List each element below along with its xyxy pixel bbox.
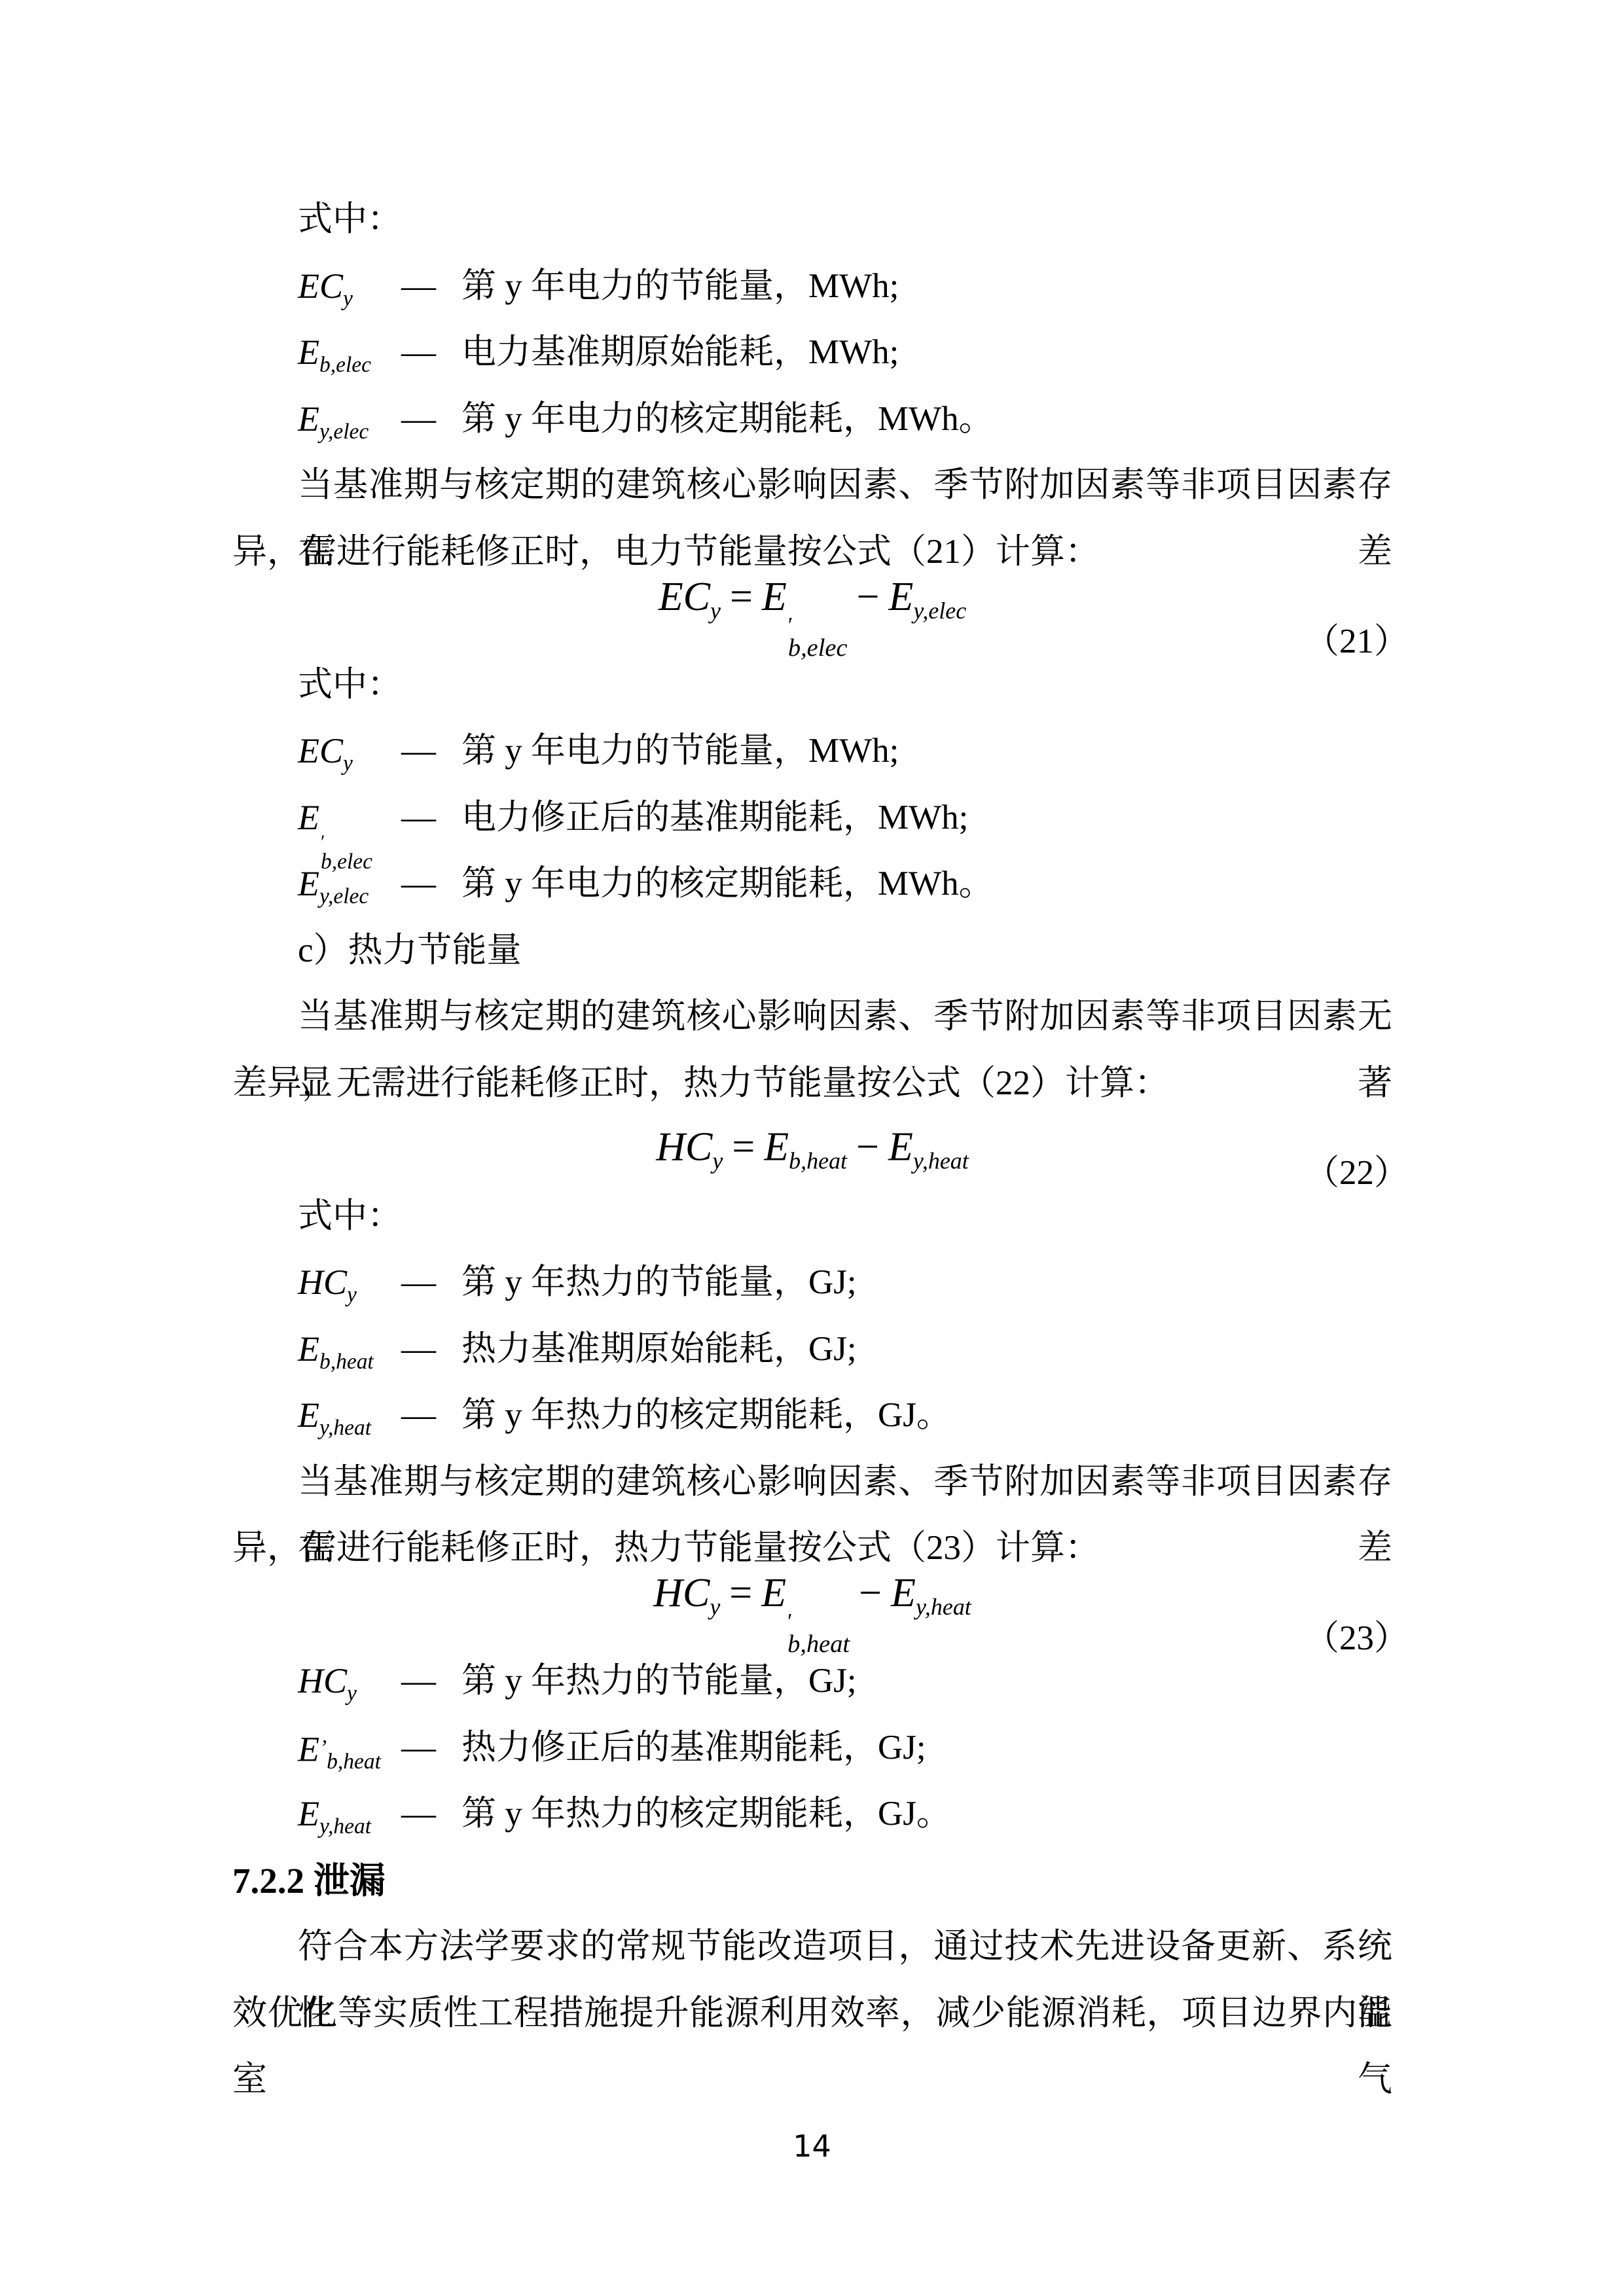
symbol: Ey,heat xyxy=(298,1781,401,1848)
section-heading: 7.2.2 泄漏 xyxy=(232,1848,1392,1914)
where-label: 式中： xyxy=(232,652,1392,719)
formula-22: HCy=Eb,heat−Ey,heat （22） xyxy=(232,1117,1392,1183)
definition-row: HCy — 第 y 年热力的节能量，GJ; xyxy=(232,1249,1392,1316)
definition-row: E′b,elec — 电力修正后的基准期能耗，MWh; xyxy=(232,785,1392,852)
where-label: 式中： xyxy=(232,1183,1392,1250)
document-page: 式中： ECy — 第 y 年电力的节能量，MWh; Eb,elec — 电力基… xyxy=(0,0,1624,2296)
formula-23: HCy=E′b,heat−Ey,heat （23） xyxy=(232,1582,1392,1649)
definition-row: Ey,elec — 第 y 年电力的核定期能耗，MWh。 xyxy=(232,386,1392,453)
where-label: 式中： xyxy=(232,187,1392,253)
definition-dash: — xyxy=(401,1316,461,1383)
equation-number-22: （22） xyxy=(1305,1156,1409,1191)
definition-dash: — xyxy=(401,718,461,785)
equation-number-21: （21） xyxy=(1305,624,1409,659)
symbol: HCy xyxy=(298,1648,401,1715)
symbol: ECy xyxy=(298,253,401,320)
formula-22-equation: HCy=Eb,heat−Ey,heat xyxy=(232,1126,1392,1173)
definition-row: HCy — 第 y 年热力的节能量，GJ; xyxy=(232,1648,1392,1715)
definition-row: Ey,elec — 第 y 年电力的核定期能耗，MWh。 xyxy=(232,851,1392,918)
definition-dash: — xyxy=(401,1781,461,1848)
symbol: Eb,elec xyxy=(298,319,401,386)
definition-row: Ey,heat — 第 y 年热力的核定期能耗，GJ。 xyxy=(232,1781,1392,1848)
symbol: Eb,heat xyxy=(298,1316,401,1383)
definition-text: 第 y 年电力的核定期能耗，MWh。 xyxy=(461,851,1392,918)
definition-dash: — xyxy=(401,386,461,453)
definition-dash: — xyxy=(401,253,461,320)
symbol: Ey,elec xyxy=(298,851,401,918)
definition-dash: — xyxy=(401,319,461,386)
definition-text: 第 y 年热力的核定期能耗，GJ。 xyxy=(461,1781,1392,1848)
definition-text: 电力修正后的基准期能耗，MWh; xyxy=(461,785,1392,852)
definition-text: 第 y 年热力的节能量，GJ; xyxy=(461,1249,1392,1316)
definition-dash: — xyxy=(401,851,461,918)
definition-dash: — xyxy=(401,1715,461,1782)
definition-row: ECy — 第 y 年电力的节能量，MWh; xyxy=(232,253,1392,320)
definition-text: 电力基准期原始能耗，MWh; xyxy=(461,319,1392,386)
page-number: 14 xyxy=(0,2128,1624,2164)
paragraph-line: 当基准期与核定期的建筑核心影响因素、季节附加因素等非项目因素存在差 xyxy=(232,1449,1392,1516)
paragraph-line: 符合本方法学要求的常规节能改造项目，通过技术先进设备更新、系统性能 xyxy=(232,1914,1392,1981)
definition-text: 第 y 年电力的节能量，MWh; xyxy=(461,253,1392,320)
definition-dash: — xyxy=(401,1648,461,1715)
definition-row: Eb,heat — 热力基准期原始能耗，GJ; xyxy=(232,1316,1392,1383)
definition-row: E’b,heat — 热力修正后的基准期能耗，GJ; xyxy=(232,1715,1392,1782)
definition-text: 第 y 年热力的节能量，GJ; xyxy=(461,1648,1392,1715)
paragraph-line: 当基准期与核定期的建筑核心影响因素、季节附加因素等非项目因素存在差 xyxy=(232,452,1392,519)
symbol: E’b,heat xyxy=(298,1715,401,1782)
definition-row: Eb,elec — 电力基准期原始能耗，MWh; xyxy=(232,319,1392,386)
formula-21-equation: ECy=E′b,elec−Ey,elec xyxy=(232,577,1392,661)
formula-21: ECy=E′b,elec−Ey,elec （21） xyxy=(232,585,1392,652)
document-body: 式中： ECy — 第 y 年电力的节能量，MWh; Eb,elec — 电力基… xyxy=(232,187,1392,2047)
symbol: E′b,elec xyxy=(298,785,401,852)
definition-row: ECy — 第 y 年电力的节能量，MWh; xyxy=(232,718,1392,785)
symbol: HCy xyxy=(298,1249,401,1316)
equation-number-23: （23） xyxy=(1305,1621,1409,1656)
symbol: ECy xyxy=(298,718,401,785)
list-item-c: c）热力节能量 xyxy=(232,918,1392,984)
definition-row: Ey,heat — 第 y 年热力的核定期能耗，GJ。 xyxy=(232,1382,1392,1449)
paragraph-line: 当基准期与核定期的建筑核心影响因素、季节附加因素等非项目因素无显著 xyxy=(232,984,1392,1050)
definition-text: 第 y 年电力的节能量，MWh; xyxy=(461,718,1392,785)
definition-dash: — xyxy=(401,1382,461,1449)
paragraph-line: 效优化等实质性工程措施提升能源利用效率，减少能源消耗，项目边界内温室气 xyxy=(232,1981,1392,2047)
definition-text: 热力基准期原始能耗，GJ; xyxy=(461,1316,1392,1383)
definition-text: 热力修正后的基准期能耗，GJ; xyxy=(461,1715,1392,1782)
definition-text: 第 y 年电力的核定期能耗，MWh。 xyxy=(461,386,1392,453)
definition-text: 第 y 年热力的核定期能耗，GJ。 xyxy=(461,1382,1392,1449)
formula-23-equation: HCy=E′b,heat−Ey,heat xyxy=(232,1573,1392,1657)
symbol: Ey,elec xyxy=(298,386,401,453)
symbol: Ey,heat xyxy=(298,1382,401,1449)
definition-dash: — xyxy=(401,785,461,852)
definition-dash: — xyxy=(401,1249,461,1316)
